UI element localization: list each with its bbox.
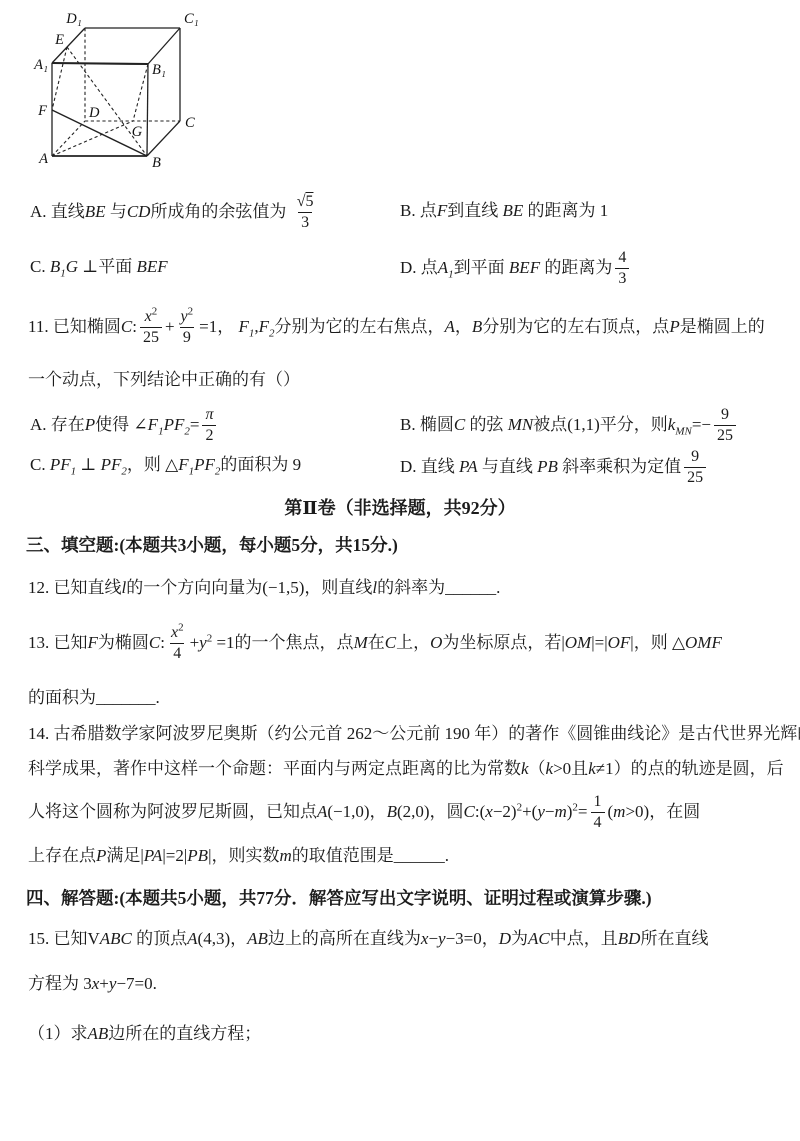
question-10-option-c: C. B1G ⊥平面 BEF bbox=[30, 255, 168, 279]
question-11-stem-line-1: 11. 已知椭圆C:x225+y29=1， F1,F2分别为它的左右焦点，A，B… bbox=[28, 302, 765, 352]
question-14-line-2: 科学成果，著作中这样一个命题：平面内与两定点距离的比为常数k（k>0且k≠1）的… bbox=[28, 757, 784, 781]
question-14-line-3: 人将这个圆称为阿波罗尼斯圆，已知点A(−1,0)，B(2,0)，圆C:(x−2)… bbox=[28, 791, 700, 833]
question-11-option-d: D. 直线 PA 与直线 PB 斜率乘积为定值925 bbox=[400, 446, 709, 488]
question-12: 12. 已知直线l的一个方向向量为(−1,5)，则直线l的斜率为______. bbox=[28, 576, 500, 600]
question-15-line-1: 15. 已知VABC 的顶点A(4,3)，AB边上的高所在直线为x−y−3=0，… bbox=[28, 927, 708, 951]
question-10-option-b: B. 点F到直线 BE 的距离为 1 bbox=[400, 199, 608, 223]
question-11-option-c: C. PF1 ⊥ PF2，则 △F1PF2的面积为 9 bbox=[30, 453, 301, 477]
vertex-label-d: D bbox=[88, 105, 100, 121]
question-14-line-4: 上存在点P满足|PA|=2|PB|，则实数m的取值范围是______. bbox=[28, 844, 449, 868]
vertex-label-b1: B₁ bbox=[152, 62, 166, 78]
cube-dashed-edges bbox=[52, 28, 180, 156]
question-11-option-a: A. 存在P使得 ∠F1PF2=π2 bbox=[30, 403, 219, 447]
question-14-line-1: 14. 古希腊数学家阿波罗尼奥斯（约公元首 262～公元前 190 年）的著作《… bbox=[28, 722, 800, 746]
question-13-line-2: 的面积为_______. bbox=[28, 686, 160, 710]
question-13-line-1: 13. 已知F为椭圆C:x24+y2 =1的一个焦点，点M在C上，O为坐标原点，… bbox=[28, 620, 722, 666]
cube-figure: D₁ C₁ E A₁ B₁ F D G C A B bbox=[28, 6, 218, 176]
vertex-label-g: G bbox=[132, 124, 143, 140]
cube-solid-edges bbox=[52, 28, 180, 156]
section4-heading: 四、解答题:(本题共5小题，共77分．解答应写出文字说明、证明过程或演算步骤.) bbox=[26, 886, 652, 912]
section3-heading: 三、填空题:(本题共3小题，每小题5分，共15分.) bbox=[26, 533, 398, 559]
part2-heading: 第Ⅱ卷（非选择题，共92分） bbox=[0, 495, 800, 521]
vertex-label-f: F bbox=[37, 103, 47, 119]
question-15-part-1: （1）求AB边所在的直线方程； bbox=[28, 1022, 261, 1046]
question-15-line-2: 方程为 3x+y−7=0. bbox=[28, 972, 157, 996]
section4-heading-text: 四、解答题:(本题共5小题，共77分．解答应写出文字说明、证明过程或演算步骤.) bbox=[26, 888, 652, 910]
vertex-label-c: C bbox=[185, 115, 195, 131]
question-13-line-2-text: 的面积为_______. bbox=[28, 687, 160, 708]
exam-page: { "figure": { "labels": { "D1":"D₁","C1"… bbox=[0, 0, 800, 1141]
question-10-option-a: A. 直线BE 与CD所成角的余弦值为 √53 bbox=[30, 186, 319, 238]
vertex-label-c1: C₁ bbox=[184, 11, 199, 27]
vertex-label-a1: A₁ bbox=[33, 57, 48, 73]
question-10-option-d: D. 点A1到平面 BEF 的距离为43 bbox=[400, 245, 632, 291]
vertex-label-d1: D₁ bbox=[65, 11, 82, 27]
vertex-label-e: E bbox=[54, 32, 64, 48]
question-11-stem-line-2: 一个动点，下列结论中正确的有（） bbox=[28, 368, 300, 392]
vertex-label-b: B bbox=[152, 155, 161, 171]
section3-heading-text: 三、填空题:(本题共3小题，每小题5分，共15分.) bbox=[26, 535, 398, 557]
part2-heading-text: 第Ⅱ卷（非选择题，共92分） bbox=[284, 497, 515, 520]
question-11-option-b: B. 椭圆C 的弦 MN被点(1,1)平分，则kMN=−925 bbox=[400, 403, 739, 447]
vertex-label-a: A bbox=[38, 151, 48, 167]
